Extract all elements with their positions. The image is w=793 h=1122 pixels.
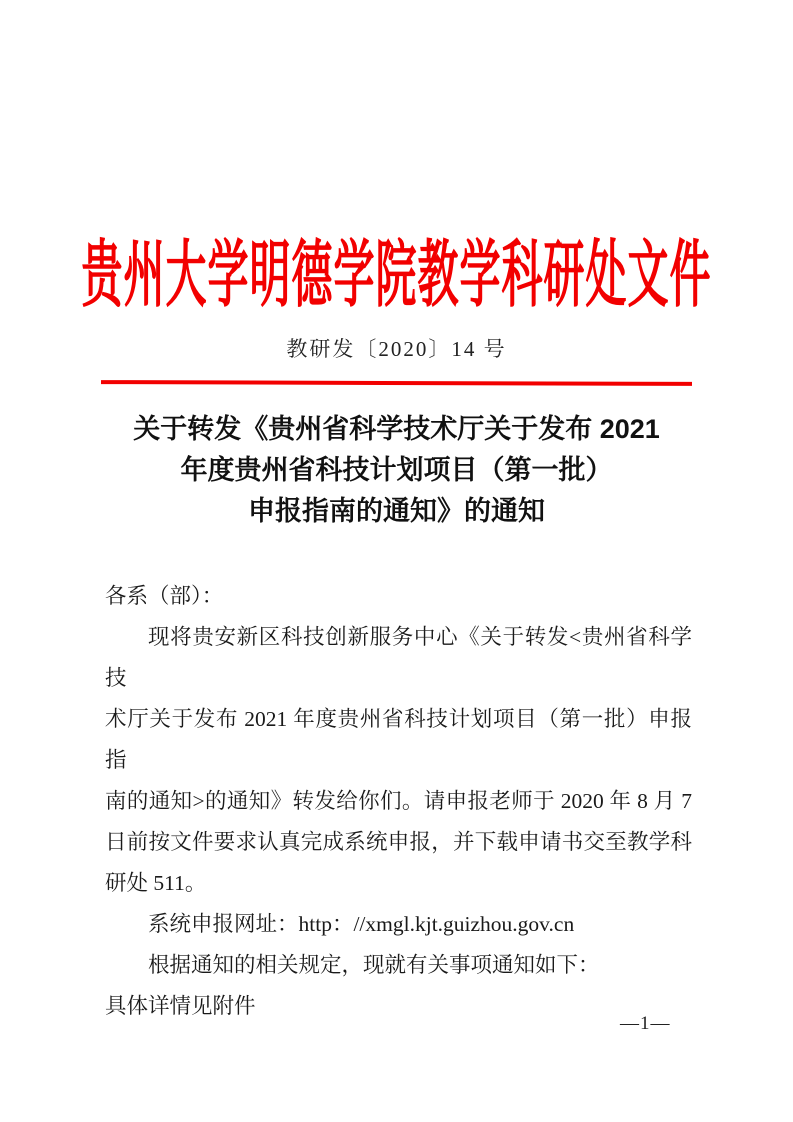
page-number: —1— xyxy=(620,1013,671,1035)
body-line: 南的通知>的通知》转发给你们。请申报老师于 2020 年 8 月 7 xyxy=(105,781,692,822)
body-line: 术厅关于发布 2021 年度贵州省科技计划项目（第一批）申报指 xyxy=(105,699,692,781)
attachment-line: 具体详情见附件 xyxy=(105,986,692,1027)
notice-line: 根据通知的相关规定，现就有关事项通知如下： xyxy=(105,945,692,986)
document-number: 教研发〔2020〕14 号 xyxy=(0,336,793,362)
system-url-line: 系统申报网址：http：//xmgl.kjt.guizhou.gov.cn xyxy=(105,904,692,945)
body-line: 现将贵安新区科技创新服务中心《关于转发<贵州省科学技 xyxy=(105,617,692,699)
document-page: 贵州大学明德学院教学科研处文件 教研发〔2020〕14 号 关于转发《贵州省科学… xyxy=(0,0,793,1122)
document-title: 关于转发《贵州省科学技术厅关于发布 2021 年度贵州省科技计划项目（第一批） … xyxy=(60,409,733,532)
body-line: 日前按文件要求认真完成系统申报，并下载申请书交至教学科 xyxy=(105,822,692,863)
body-line: 研处 511。 xyxy=(105,863,692,904)
letterhead-title: 贵州大学明德学院教学科研处文件 xyxy=(82,239,712,312)
red-separator-line xyxy=(101,380,692,386)
title-line-3: 申报指南的通知》的通知 xyxy=(60,491,733,532)
title-line-1: 关于转发《贵州省科学技术厅关于发布 2021 xyxy=(60,409,733,450)
document-body: 各系（部）： 现将贵安新区科技创新服务中心《关于转发<贵州省科学技 术厅关于发布… xyxy=(105,576,692,1027)
letterhead: 贵州大学明德学院教学科研处文件 xyxy=(0,238,793,312)
salutation: 各系（部）： xyxy=(105,576,692,617)
title-line-2: 年度贵州省科技计划项目（第一批） xyxy=(60,450,733,491)
